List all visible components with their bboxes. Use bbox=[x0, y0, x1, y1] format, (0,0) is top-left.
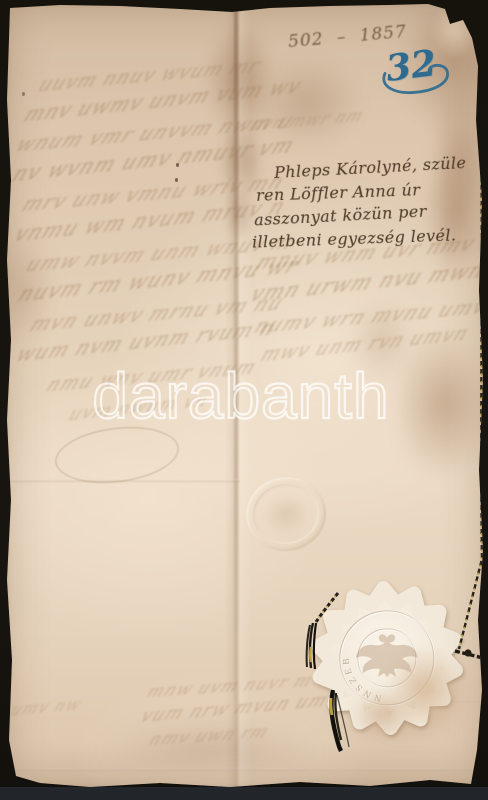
stain bbox=[430, 1, 480, 59]
darabanth-watermark: darabanth bbox=[6, 359, 476, 433]
table-surface bbox=[0, 787, 488, 800]
bleedthrough-line: umv nw bbox=[7, 693, 86, 719]
seal-soak-stain bbox=[352, 689, 414, 741]
embossed-dry-seal bbox=[242, 473, 329, 555]
ink-speck bbox=[176, 163, 179, 167]
bleedthrough-line: nmv uwn rm bbox=[145, 721, 273, 750]
annotation-line: Phleps Károlyné, szüle bbox=[274, 153, 467, 182]
document-paper: uuvm nnuv wvum mr mnv uwmv unvm vum wv w… bbox=[6, 3, 484, 789]
ink-speck bbox=[175, 178, 178, 182]
number-underline-flourish bbox=[376, 57, 460, 105]
crease-horizontal bbox=[10, 768, 478, 771]
ink-speck bbox=[22, 92, 25, 96]
photo-background: uuvm nnuv wvum mr mnv uwmv unvm vum wv w… bbox=[0, 0, 488, 800]
